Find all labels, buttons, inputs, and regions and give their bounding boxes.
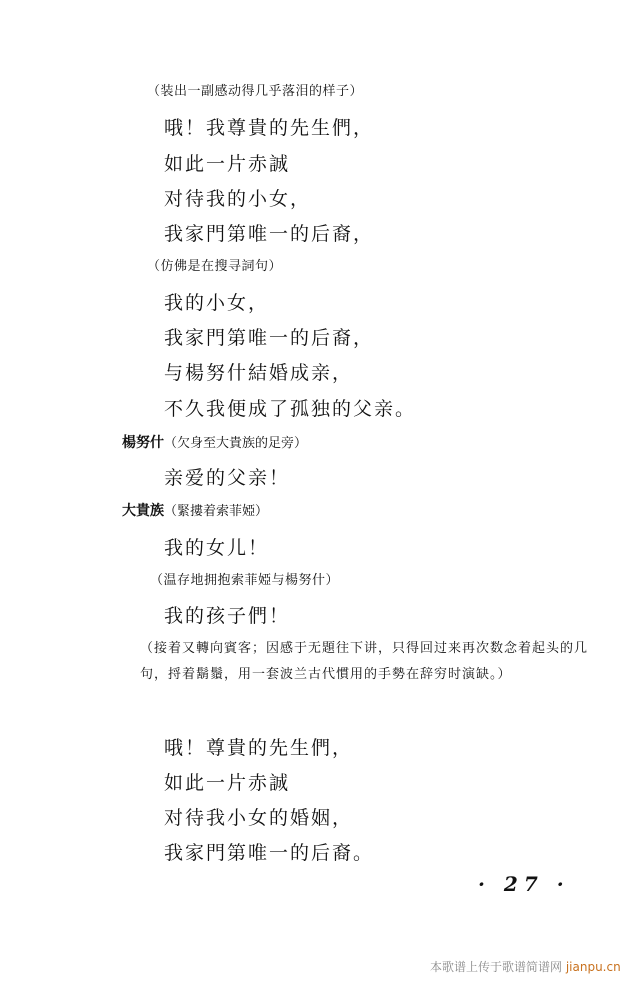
verse-line: 亲爱的父亲！ [164,463,290,490]
verse-line: 不久我便成了孤独的父亲。 [164,394,416,421]
stage-direction: （装出一副感动得几乎落泪的样子） [147,80,363,99]
verse-line: 我的小女， [164,288,269,315]
verse-line: 与楊努什結婚成亲， [164,358,353,385]
verse-line: 对待我小女的婚姻， [164,803,353,830]
watermark-text: 本歌谱上传于歌谱简谱网 [430,960,566,974]
verse-line: 哦！我尊貴的先生們， [164,113,374,140]
verse-line: 哦！尊貴的先生們， [164,733,353,760]
speaker-line: 大貴族（緊摟着索菲婭） [122,500,268,520]
speaker-name: 大貴族 [122,503,164,519]
verse-line: 我家門第唯一的后裔， [164,323,374,350]
stage-direction-paragraph: （接着又轉向賓客；因感于无題往下讲，只得回过来再次数念着起头的几句，捋着鬍鬚，用… [140,636,600,688]
verse-line: 如此一片赤誠 [164,768,290,795]
verse-line: 我的女儿！ [164,533,269,560]
verse-line: 对待我的小女， [164,184,311,211]
watermark: 本歌谱上传于歌谱简谱网 jianpu.cn [430,958,621,975]
stage-direction: （温存地拥抱索菲婭与楊努什） [150,569,339,588]
verse-line: 如此一片赤誠 [164,149,290,176]
stage-direction: （緊摟着索菲婭） [164,504,268,519]
verse-line: 我家門第唯一的后裔， [164,219,374,246]
page-number: · 27 · [478,872,570,896]
speaker-name: 楊努什 [122,435,164,451]
speaker-line: 楊努什（欠身至大貴族的足旁） [122,432,307,452]
verse-line: 我的孩子們！ [164,601,290,628]
stage-direction: （欠身至大貴族的足旁） [164,436,307,451]
watermark-site: jianpu.cn [566,960,621,974]
stage-direction: （仿佛是在搜寻詞句） [147,255,282,274]
verse-line: 我家門第唯一的后裔。 [164,838,374,865]
